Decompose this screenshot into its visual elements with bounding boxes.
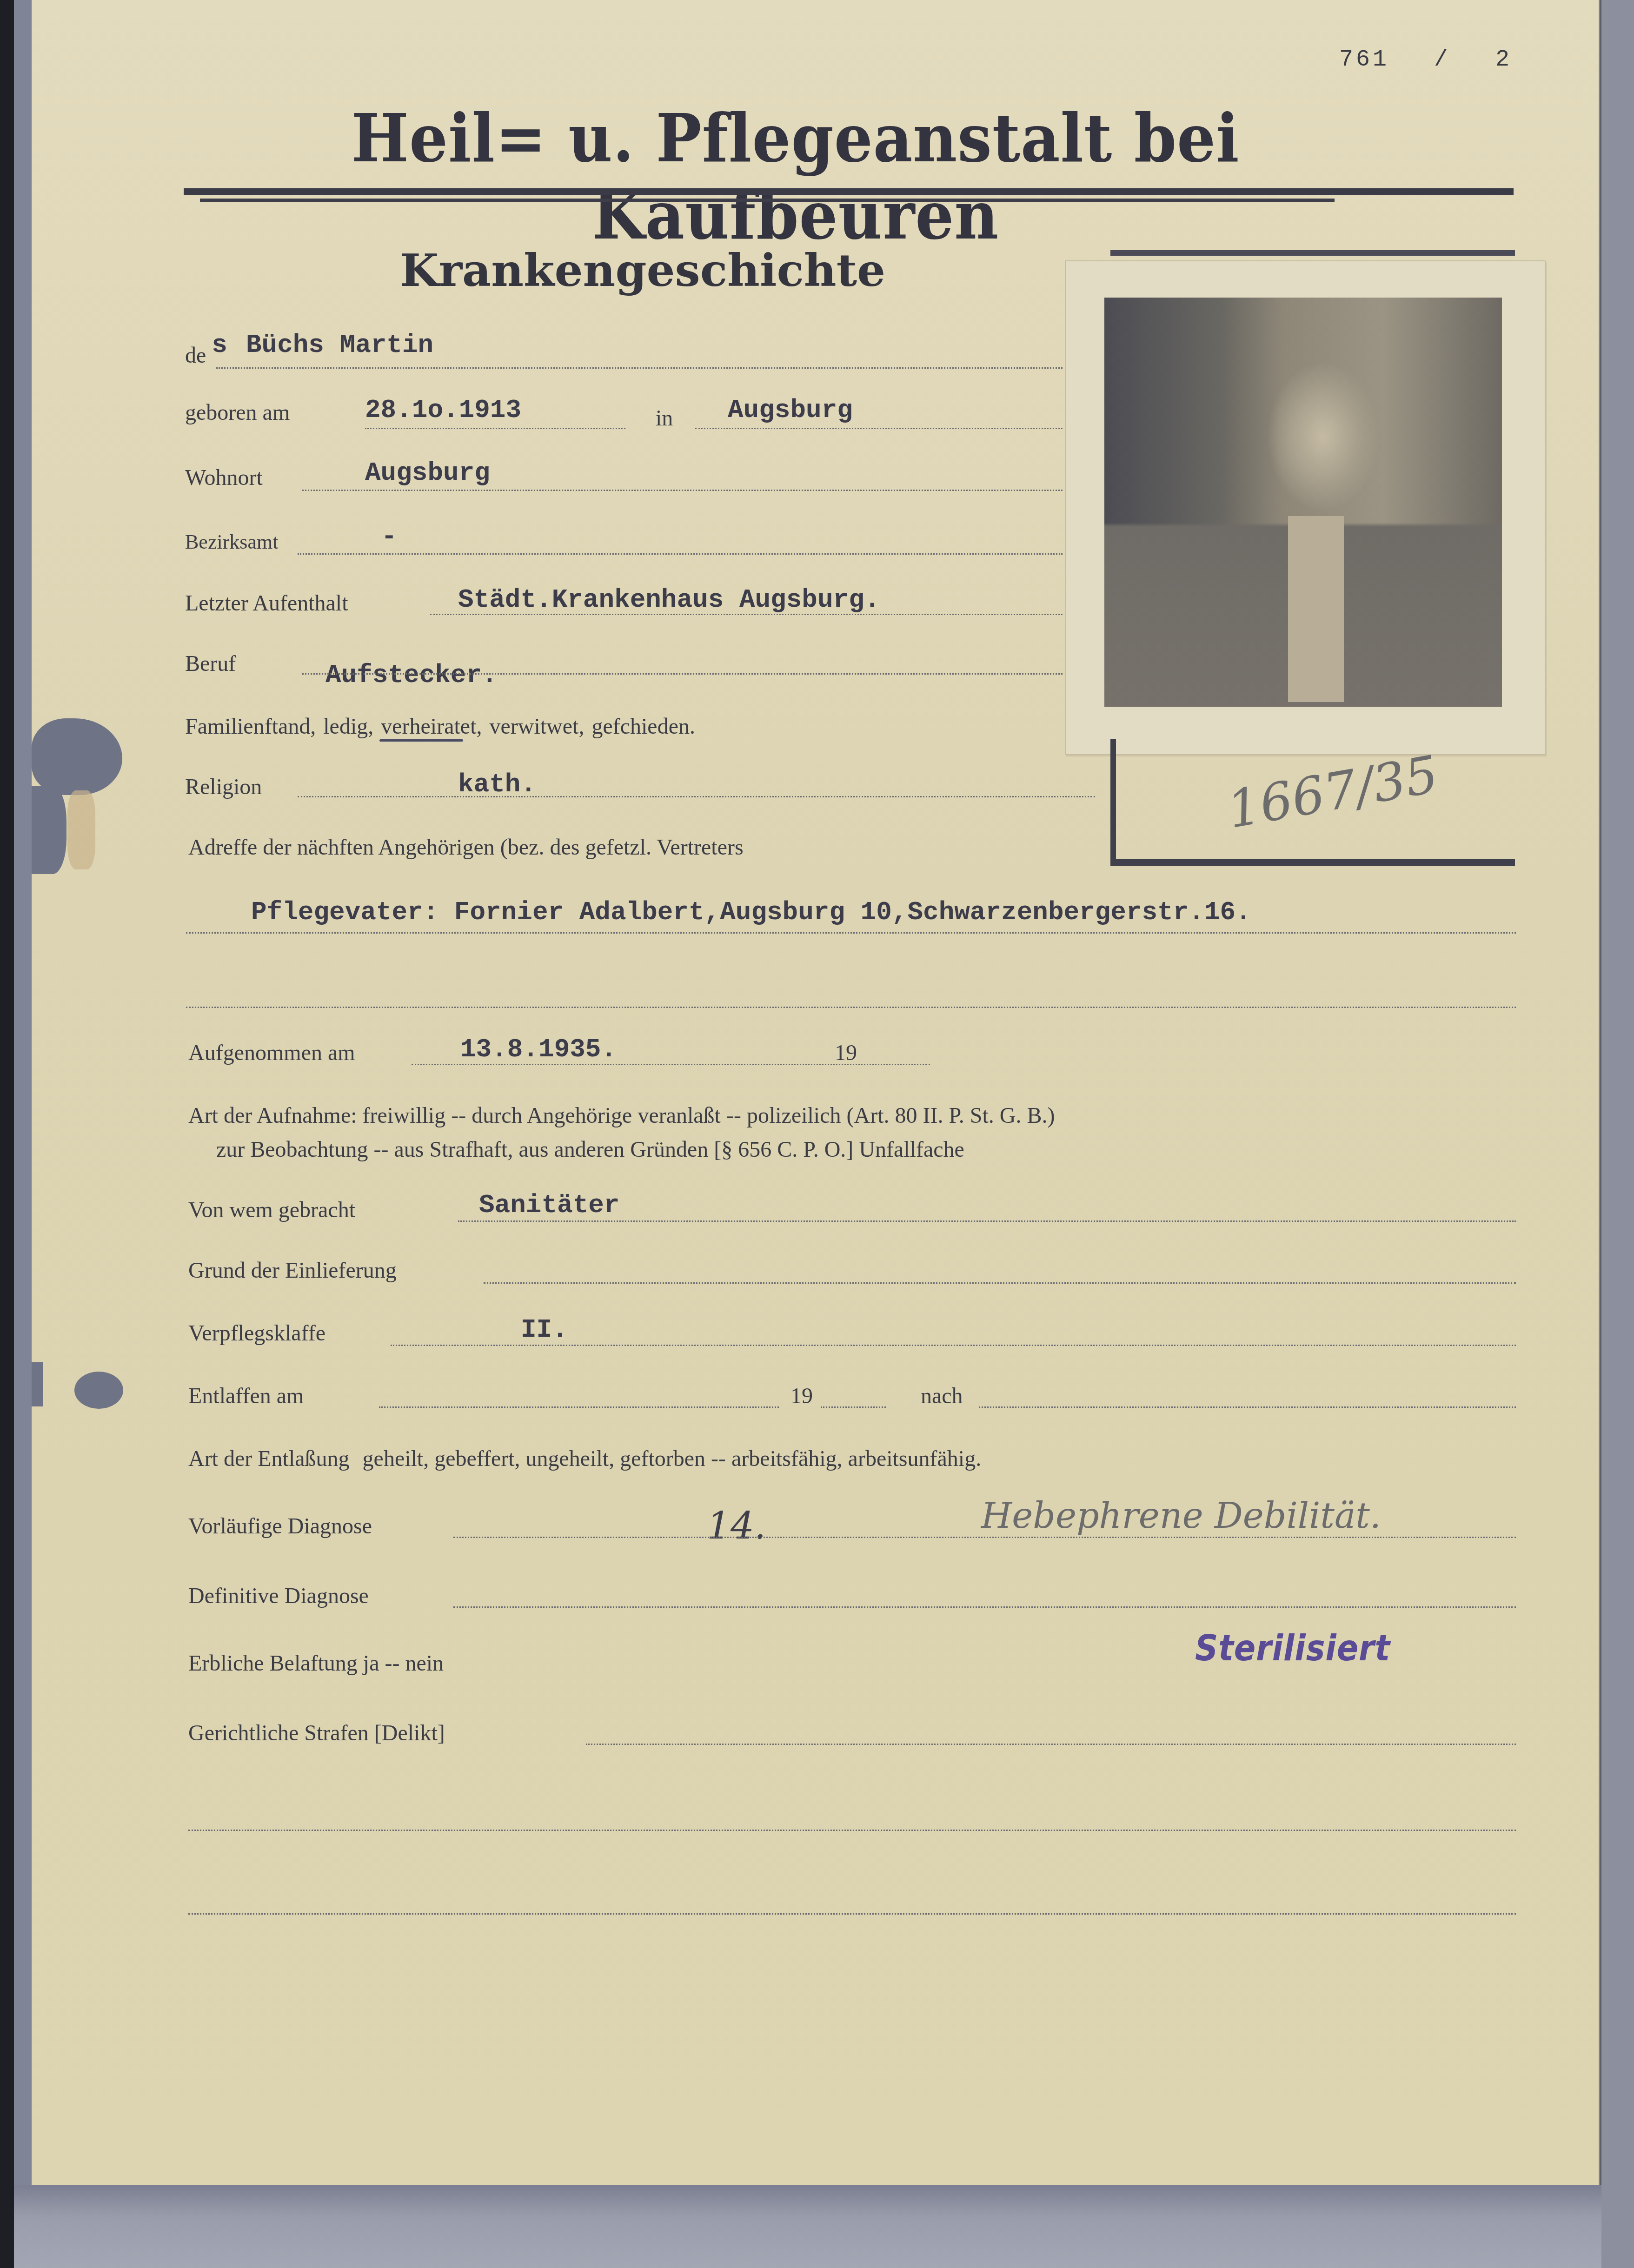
hereditary-label[interactable]: Erbliche Belaftung ja -- nein: [188, 1651, 444, 1676]
field-name: de s Büchs Martin: [185, 335, 433, 365]
relatives-label: Adreffe der nächften Angehörigen (bez. d…: [188, 835, 744, 860]
admitted-year-prefix: 19: [835, 1040, 857, 1066]
photo-frame-top: [1110, 250, 1515, 256]
definitive-diagnosis-line: [453, 1606, 1516, 1608]
name-label: de: [185, 343, 206, 368]
provisional-diagnosis-line: [453, 1537, 1516, 1538]
discharged-date-line: [379, 1406, 779, 1408]
birth-date: 28.1o.1913: [365, 395, 521, 425]
title-rule-thin: [200, 199, 1335, 202]
name-prefix: s: [212, 330, 227, 360]
plastic-sleeve-right: [1601, 0, 1634, 2268]
marital-option-ledig[interactable]: ledig,: [323, 714, 373, 739]
discharge-type-options[interactable]: geheilt, gebeffert, ungeheilt, geftorben…: [363, 1446, 982, 1472]
field-birth: geboren am: [185, 400, 290, 425]
photo-frame-bottom: [1110, 859, 1515, 866]
discharged-label: Entlaffen am: [188, 1383, 304, 1409]
field-marital-status: Familienftand, ledig, verheiratet, verwi…: [185, 714, 695, 739]
provisional-diagnosis-handwritten: Hebephrene Debilität.: [981, 1495, 1381, 1536]
birth-in-label: in: [656, 405, 673, 431]
discharged-to-line: [979, 1406, 1516, 1408]
birth-place-line: [695, 428, 1063, 429]
admitted-value: 13.8.1935.: [460, 1035, 617, 1064]
name-value: Büchs Martin: [246, 330, 433, 360]
admission-type-line2[interactable]: zur Beobachtung -- aus Strafhaft, aus an…: [216, 1137, 964, 1162]
admitted-line: [412, 1064, 930, 1065]
provisional-diagnosis-number: 14.: [707, 1504, 766, 1547]
definitive-diagnosis-label: Definitive Diagnose: [188, 1583, 369, 1609]
name-line: [216, 367, 1063, 369]
patient-photo-detail: [1288, 516, 1344, 702]
paper-stain: [67, 790, 95, 869]
discharged-year-line: [821, 1406, 886, 1408]
care-class-line: [391, 1345, 1516, 1346]
institution-title: Heil= u. Pflegeanstalt bei Kaufbeuren: [184, 100, 1407, 254]
relatives-line-2: [186, 1007, 1516, 1008]
birth-place: Augsburg: [728, 395, 853, 425]
discharged-to-label: nach: [921, 1383, 963, 1409]
occupation-label: Beruf: [185, 651, 236, 676]
court-sentences-label: Gerichtliche Strafen [Delikt]: [188, 1720, 445, 1746]
religion-value: kath.: [458, 769, 536, 799]
brought-by-line: [458, 1220, 1516, 1222]
district-label: Bezirksamt: [185, 530, 278, 554]
provisional-diagnosis-label: Vorläufige Diagnose: [188, 1513, 372, 1539]
reason-line: [484, 1282, 1516, 1284]
residence-value: Augsburg: [365, 458, 490, 488]
brought-by-label: Von wem gebracht: [188, 1197, 355, 1223]
district-value: -: [381, 522, 397, 551]
religion-line: [298, 796, 1095, 797]
court-sentences-line-2: [188, 1830, 1516, 1831]
district-line: [298, 553, 1063, 555]
paper-tear-upper-2: [32, 786, 66, 874]
plastic-sleeve-left: [14, 0, 33, 2268]
last-stay-value: Städt.Krankenhaus Augsburg.: [458, 585, 880, 615]
court-sentences-line-3: [188, 1913, 1516, 1915]
residence-line: [302, 490, 1063, 491]
residence-label: Wohnort: [185, 465, 263, 491]
marital-option-geschieden[interactable]: gefchieden.: [591, 714, 695, 739]
marital-option-verwitwet[interactable]: verwitwet,: [489, 714, 584, 739]
title-rule-thick: [184, 188, 1514, 195]
birth-date-line: [365, 428, 625, 429]
care-class-value: II.: [521, 1315, 568, 1345]
last-stay-label: Letzter Aufenthalt: [185, 590, 348, 616]
scanner-edge: [0, 0, 14, 2268]
last-stay-line: [430, 614, 1063, 615]
sterilized-stamp: Sterilisiert: [1195, 1627, 1390, 1669]
brought-by-value: Sanitäter: [479, 1190, 619, 1220]
reference-number: 761 / 2: [1339, 46, 1512, 73]
occupation-line: [302, 673, 1063, 675]
paper-tear-lower: [74, 1372, 123, 1409]
relatives-line-1: [186, 932, 1516, 934]
discharged-year-prefix: 19: [790, 1383, 813, 1409]
discharge-type-label: Art der Entlaßung: [188, 1446, 350, 1472]
religion-label: Religion: [185, 774, 262, 800]
birth-label: geboren am: [185, 400, 290, 425]
plastic-sleeve-bottom: [14, 2185, 1601, 2268]
reason-label: Grund der Einlieferung: [188, 1258, 397, 1283]
marital-option-verheiratet[interactable]: verheiratet,: [381, 714, 482, 739]
selected-marital-underline: [379, 739, 463, 742]
admitted-label: Aufgenommen am: [188, 1040, 355, 1066]
page-title: Krankengeschichte: [400, 244, 885, 297]
marital-status-label: Familienftand,: [185, 714, 316, 739]
field-discharge-type: Art der Entlaßung geheilt, gebeffert, un…: [188, 1446, 981, 1472]
admission-type-line1[interactable]: Art der Aufnahme: freiwillig -- durch An…: [188, 1103, 1055, 1128]
court-sentences-line-1: [586, 1744, 1516, 1745]
occupation-value: Aufstecker.: [325, 660, 498, 690]
care-class-label: Verpflegsklaffe: [188, 1320, 325, 1346]
paper-tear-lower-edge: [32, 1362, 43, 1406]
relatives-value: Pflegevater: Fornier Adalbert,Augsburg 1…: [251, 897, 1251, 927]
photo-frame-left: [1110, 739, 1116, 865]
